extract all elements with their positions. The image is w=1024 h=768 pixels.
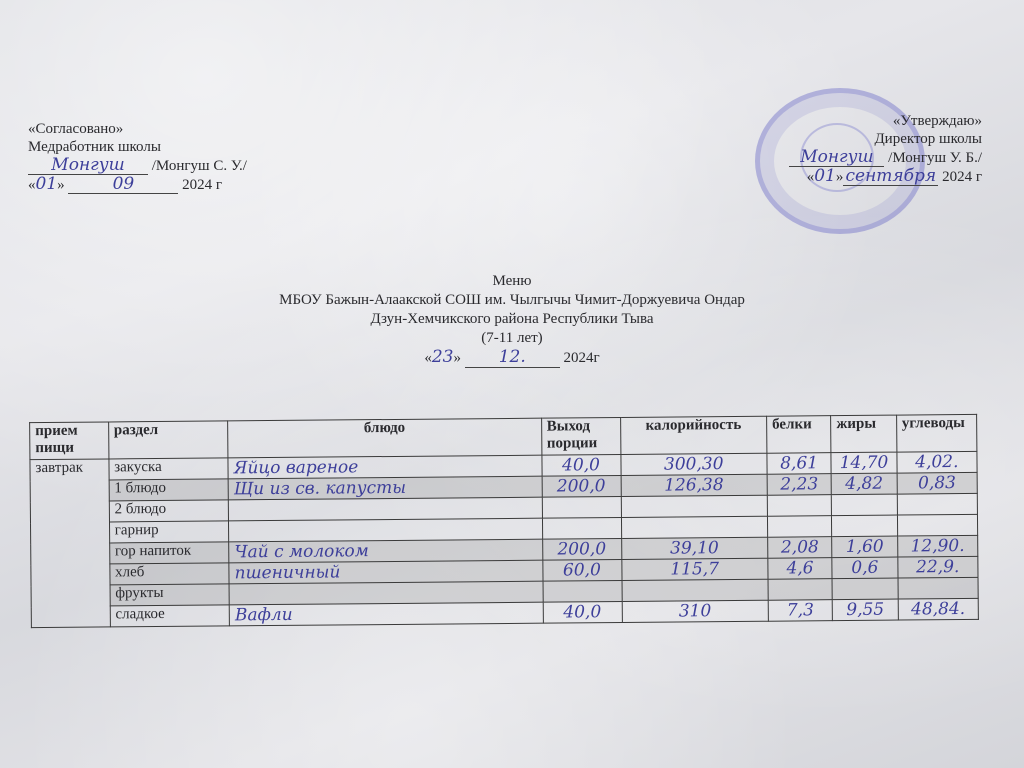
carbs-cell: 48,84. — [898, 598, 979, 620]
agreed-signature: Монгуш — [28, 156, 148, 175]
calories-cell: 310 — [622, 600, 769, 622]
calories-cell: 126,38 — [621, 474, 768, 496]
section-cell: сладкое — [110, 605, 230, 627]
dish-cell: Яйцо вареное — [228, 455, 542, 479]
protein-cell — [767, 516, 832, 538]
dish-cell — [228, 497, 542, 521]
header-section: раздел — [108, 421, 228, 459]
fat-cell: 0,6 — [832, 557, 898, 579]
protein-cell: 4,6 — [768, 558, 833, 580]
approved-name: /Монгуш У. Б./ — [888, 150, 982, 166]
header-fat: жиры — [831, 415, 897, 453]
portion-cell: 40,0 — [543, 601, 622, 623]
fat-cell: 9,55 — [833, 599, 899, 621]
protein-cell: 2,23 — [767, 474, 832, 496]
approval-agreed-block: «Согласовано» Медработник школы Монгуш /… — [28, 120, 247, 194]
portion-cell: 200,0 — [542, 475, 621, 497]
portion-cell — [543, 580, 622, 602]
carbs-cell: 12,90. — [897, 535, 978, 557]
section-cell: закуска — [109, 458, 229, 480]
approved-role: Директор школы — [789, 130, 982, 148]
portion-cell — [542, 517, 621, 539]
calories-cell: 115,7 — [621, 558, 768, 580]
section-cell: 1 блюдо — [109, 479, 229, 501]
carbs-cell: 0,83 — [897, 472, 978, 494]
carbs-cell — [897, 493, 978, 515]
agreed-name: /Монгуш С. У./ — [152, 158, 247, 174]
calories-cell — [622, 579, 769, 601]
fat-cell — [832, 515, 898, 537]
menu-title-block: Меню МБОУ Бажын-Алаакской СОШ им. Чылгыч… — [0, 272, 1024, 368]
section-cell: гарнир — [109, 521, 229, 543]
fat-cell: 1,60 — [832, 536, 898, 558]
fat-cell: 4,82 — [831, 473, 897, 495]
carbs-cell — [898, 577, 979, 599]
approved-year: 2024 г — [942, 169, 982, 185]
approved-signature-row: Монгуш /Монгуш У. Б./ — [789, 148, 982, 167]
protein-cell: 8,61 — [767, 453, 832, 475]
portion-cell — [542, 496, 621, 518]
fat-cell — [832, 494, 898, 516]
portion-cell: 200,0 — [542, 538, 621, 560]
dish-cell: Щи из св. капусты — [228, 476, 542, 500]
school-name: МБОУ Бажын-Алаакской СОШ им. Чылгычы Чим… — [0, 291, 1024, 310]
fat-cell — [832, 578, 898, 600]
header-protein: белки — [767, 416, 832, 454]
menu-title: Меню — [0, 272, 1024, 291]
approved-day: 01 — [814, 166, 836, 186]
section-cell: гор напиток — [109, 542, 229, 564]
protein-cell: 7,3 — [768, 600, 833, 622]
calories-cell: 300,30 — [620, 453, 767, 475]
menu-month: 12. — [465, 348, 560, 368]
dish-cell: Чай с молоком — [229, 539, 543, 563]
section-cell: фрукты — [110, 584, 230, 606]
protein-cell — [768, 579, 833, 601]
dish-cell: пшеничный — [229, 560, 543, 584]
menu-date: «23» 12. 2024г — [424, 348, 599, 368]
carbs-cell: 4,02. — [897, 451, 978, 473]
calories-cell — [621, 495, 768, 517]
agreed-date-row: «01» 09 2024 г — [28, 175, 247, 194]
carbs-cell: 22,9. — [898, 556, 979, 578]
carbs-cell — [897, 514, 978, 536]
approved-signature: Монгуш — [789, 148, 884, 167]
agreed-signature-row: Монгуш /Монгуш С. У./ — [28, 156, 247, 175]
age-group: (7-11 лет) — [0, 329, 1024, 348]
dish-cell: Вафли — [229, 602, 543, 626]
menu-table: прием пищи раздел блюдо Выход порции кал… — [29, 414, 979, 628]
protein-cell — [767, 495, 832, 517]
section-cell: 2 блюдо — [109, 500, 229, 522]
agreed-day: 01 — [36, 174, 58, 194]
protein-cell: 2,08 — [768, 537, 833, 559]
dish-cell — [229, 518, 543, 542]
menu-year: 2024г — [563, 350, 599, 366]
header-portion: Выход порции — [541, 417, 620, 455]
fat-cell: 14,70 — [831, 452, 897, 474]
agreed-heading: «Согласовано» — [28, 120, 247, 138]
agreed-role: Медработник школы — [28, 138, 247, 156]
approved-month: сентября — [843, 167, 938, 186]
portion-cell: 60,0 — [542, 559, 621, 581]
header-carbs: углеводы — [896, 414, 977, 452]
calories-cell — [621, 516, 768, 538]
portion-cell: 40,0 — [541, 454, 620, 476]
header-calories: калорийность — [620, 416, 767, 454]
dish-cell — [229, 581, 543, 605]
section-cell: хлеб — [110, 563, 230, 585]
header-meal: прием пищи — [30, 422, 109, 460]
approval-approved-block: «Утверждаю» Директор школы Монгуш /Монгу… — [789, 112, 982, 186]
agreed-year: 2024 г — [182, 177, 222, 193]
menu-day: 23 — [432, 347, 454, 367]
district-name: Дзун-Хемчикского района Республики Тыва — [0, 310, 1024, 329]
approved-heading: «Утверждаю» — [789, 112, 982, 130]
meal-cell: завтрак — [30, 459, 110, 628]
calories-cell: 39,10 — [621, 537, 768, 559]
approved-date-row: «01»сентября 2024 г — [789, 167, 982, 186]
agreed-month: 09 — [68, 175, 178, 194]
header-dish: блюдо — [228, 418, 542, 458]
